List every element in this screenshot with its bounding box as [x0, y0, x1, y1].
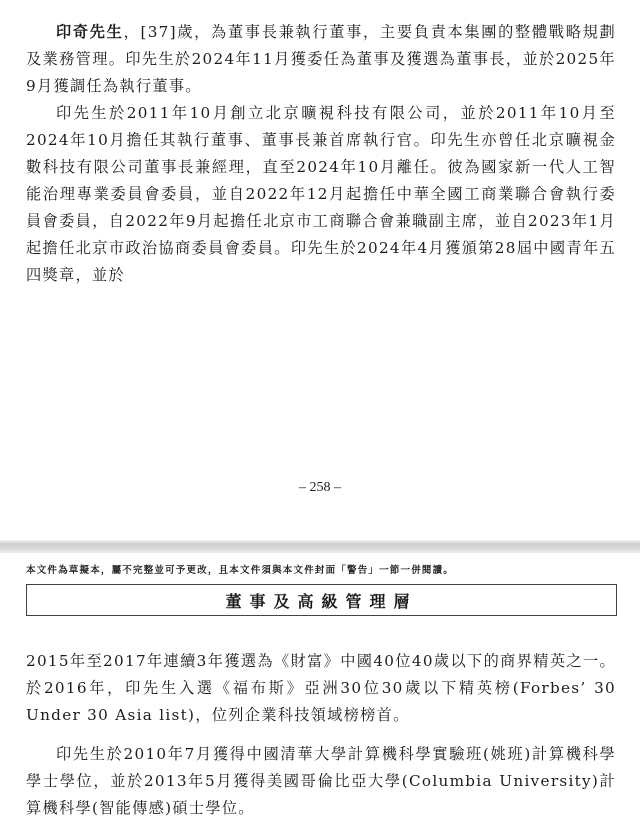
paragraph-awards: 2015年至2017年連續3年獲選為《財富》中國40位40歲以下的商界精英之一。… [26, 648, 616, 729]
section-header-box: 董事及高級管理層 [26, 584, 617, 616]
section-title: 董事及高級管理層 [225, 589, 417, 612]
paragraph-education: 印先生於2010年7月獲得中國清華大學計算機科學實驗班(姚班)計算機科學學士學位… [26, 741, 616, 822]
person-name: 印奇先生 [56, 23, 124, 41]
paragraph-career: 印先生於2011年10月創立北京曠視科技有限公司，並於2011年10月至2024… [26, 100, 616, 289]
draft-notice: 本文件為草擬本，屬不完整並可予更改，且本文件須與本文件封面「警告」一節一併閱讀。 [26, 562, 454, 576]
paragraph-intro: 印奇先生，[37]歲，為董事長兼執行董事，主要負責本集團的整體戰略規劃及業務管理… [26, 19, 616, 100]
document-page-258: 印奇先生，[37]歲，為董事長兼執行董事，主要負責本集團的整體戰略規劃及業務管理… [0, 0, 640, 540]
page-number: – 258 – [0, 480, 640, 496]
page-separator [0, 540, 640, 553]
